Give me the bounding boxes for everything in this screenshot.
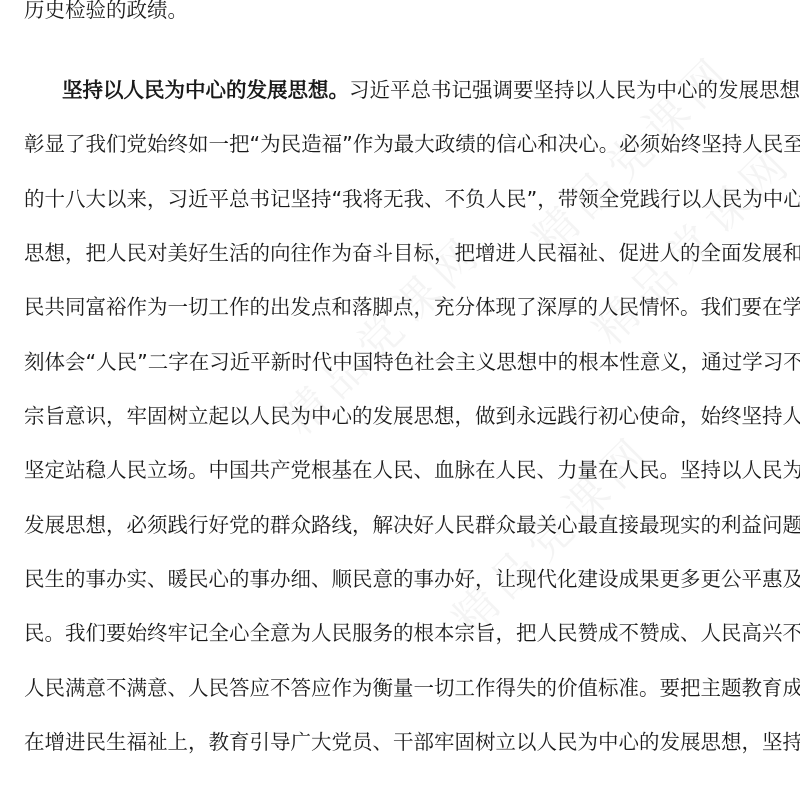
text-line: 发展思想，必须践行好党的群众路线，解决好人民群众最关心最直接最现实的利益问题，把…: [24, 513, 776, 537]
text-line: 坚定站稳人民立场。中国共产党根基在人民、血脉在人民、力量在人民。坚持以人民为中心…: [24, 458, 776, 482]
text-line: 宗旨意识，牢固树立起以人民为中心的发展思想，做到永远践行初心使命，始终坚持人民至…: [24, 404, 776, 428]
paragraph-heading: 坚持以人民为中心的发展思想。: [62, 78, 349, 102]
paragraph-heading-line: 坚持以人民为中心的发展思想。习近平总书记强调要坚持以人民为中心的发展思想，集中: [62, 78, 776, 102]
text-line: 的十八大以来，习近平总书记坚持“我将无我、不负人民”，带领全党践行以人民为中心的…: [24, 187, 776, 211]
text-line: 历史检验的政绩。: [24, 0, 776, 22]
text-line: 思想，把人民对美好生活的向往作为奋斗目标，把增进人民福祉、促进人的全面发展和全体…: [24, 241, 776, 265]
text-line: 人民满意不满意、人民答应不答应作为衡量一切工作得失的价值标准。要把主题教育成效体…: [24, 676, 776, 700]
text-line: 民生的事办实、暖民心的事办细、顺民意的事办好，让现代化建设成果更多更公平惠及全体…: [24, 567, 776, 591]
text-span: 习近平总书记强调要坚持以人民为中心的发展思想，集中: [349, 78, 800, 102]
text-line: 在增进民生福祉上，教育引导广大党员、干部牢固树立以人民为中心的发展思想，坚持一切…: [24, 730, 776, 754]
text-line: 民。我们要始终牢记全心全意为人民服务的根本宗旨，把人民赞成不赞成、人民高兴不高兴…: [24, 621, 776, 645]
text-line: 彰显了我们党始终如一把“为民造福”作为最大政绩的信心和决心。必须始终坚持人民至上…: [24, 132, 776, 156]
text-line: 刻体会“人民”二字在习近平新时代中国特色社会主义思想中的根本性意义，通过学习不断…: [24, 350, 776, 374]
document-page: 精品党课网 精品党课网 精品党课网 精品党课网 历史检验的政绩。 坚持以人民为中…: [0, 0, 800, 800]
text-line: 民共同富裕作为一切工作的出发点和落脚点，充分体现了深厚的人民情怀。我们要在学习中…: [24, 295, 776, 319]
